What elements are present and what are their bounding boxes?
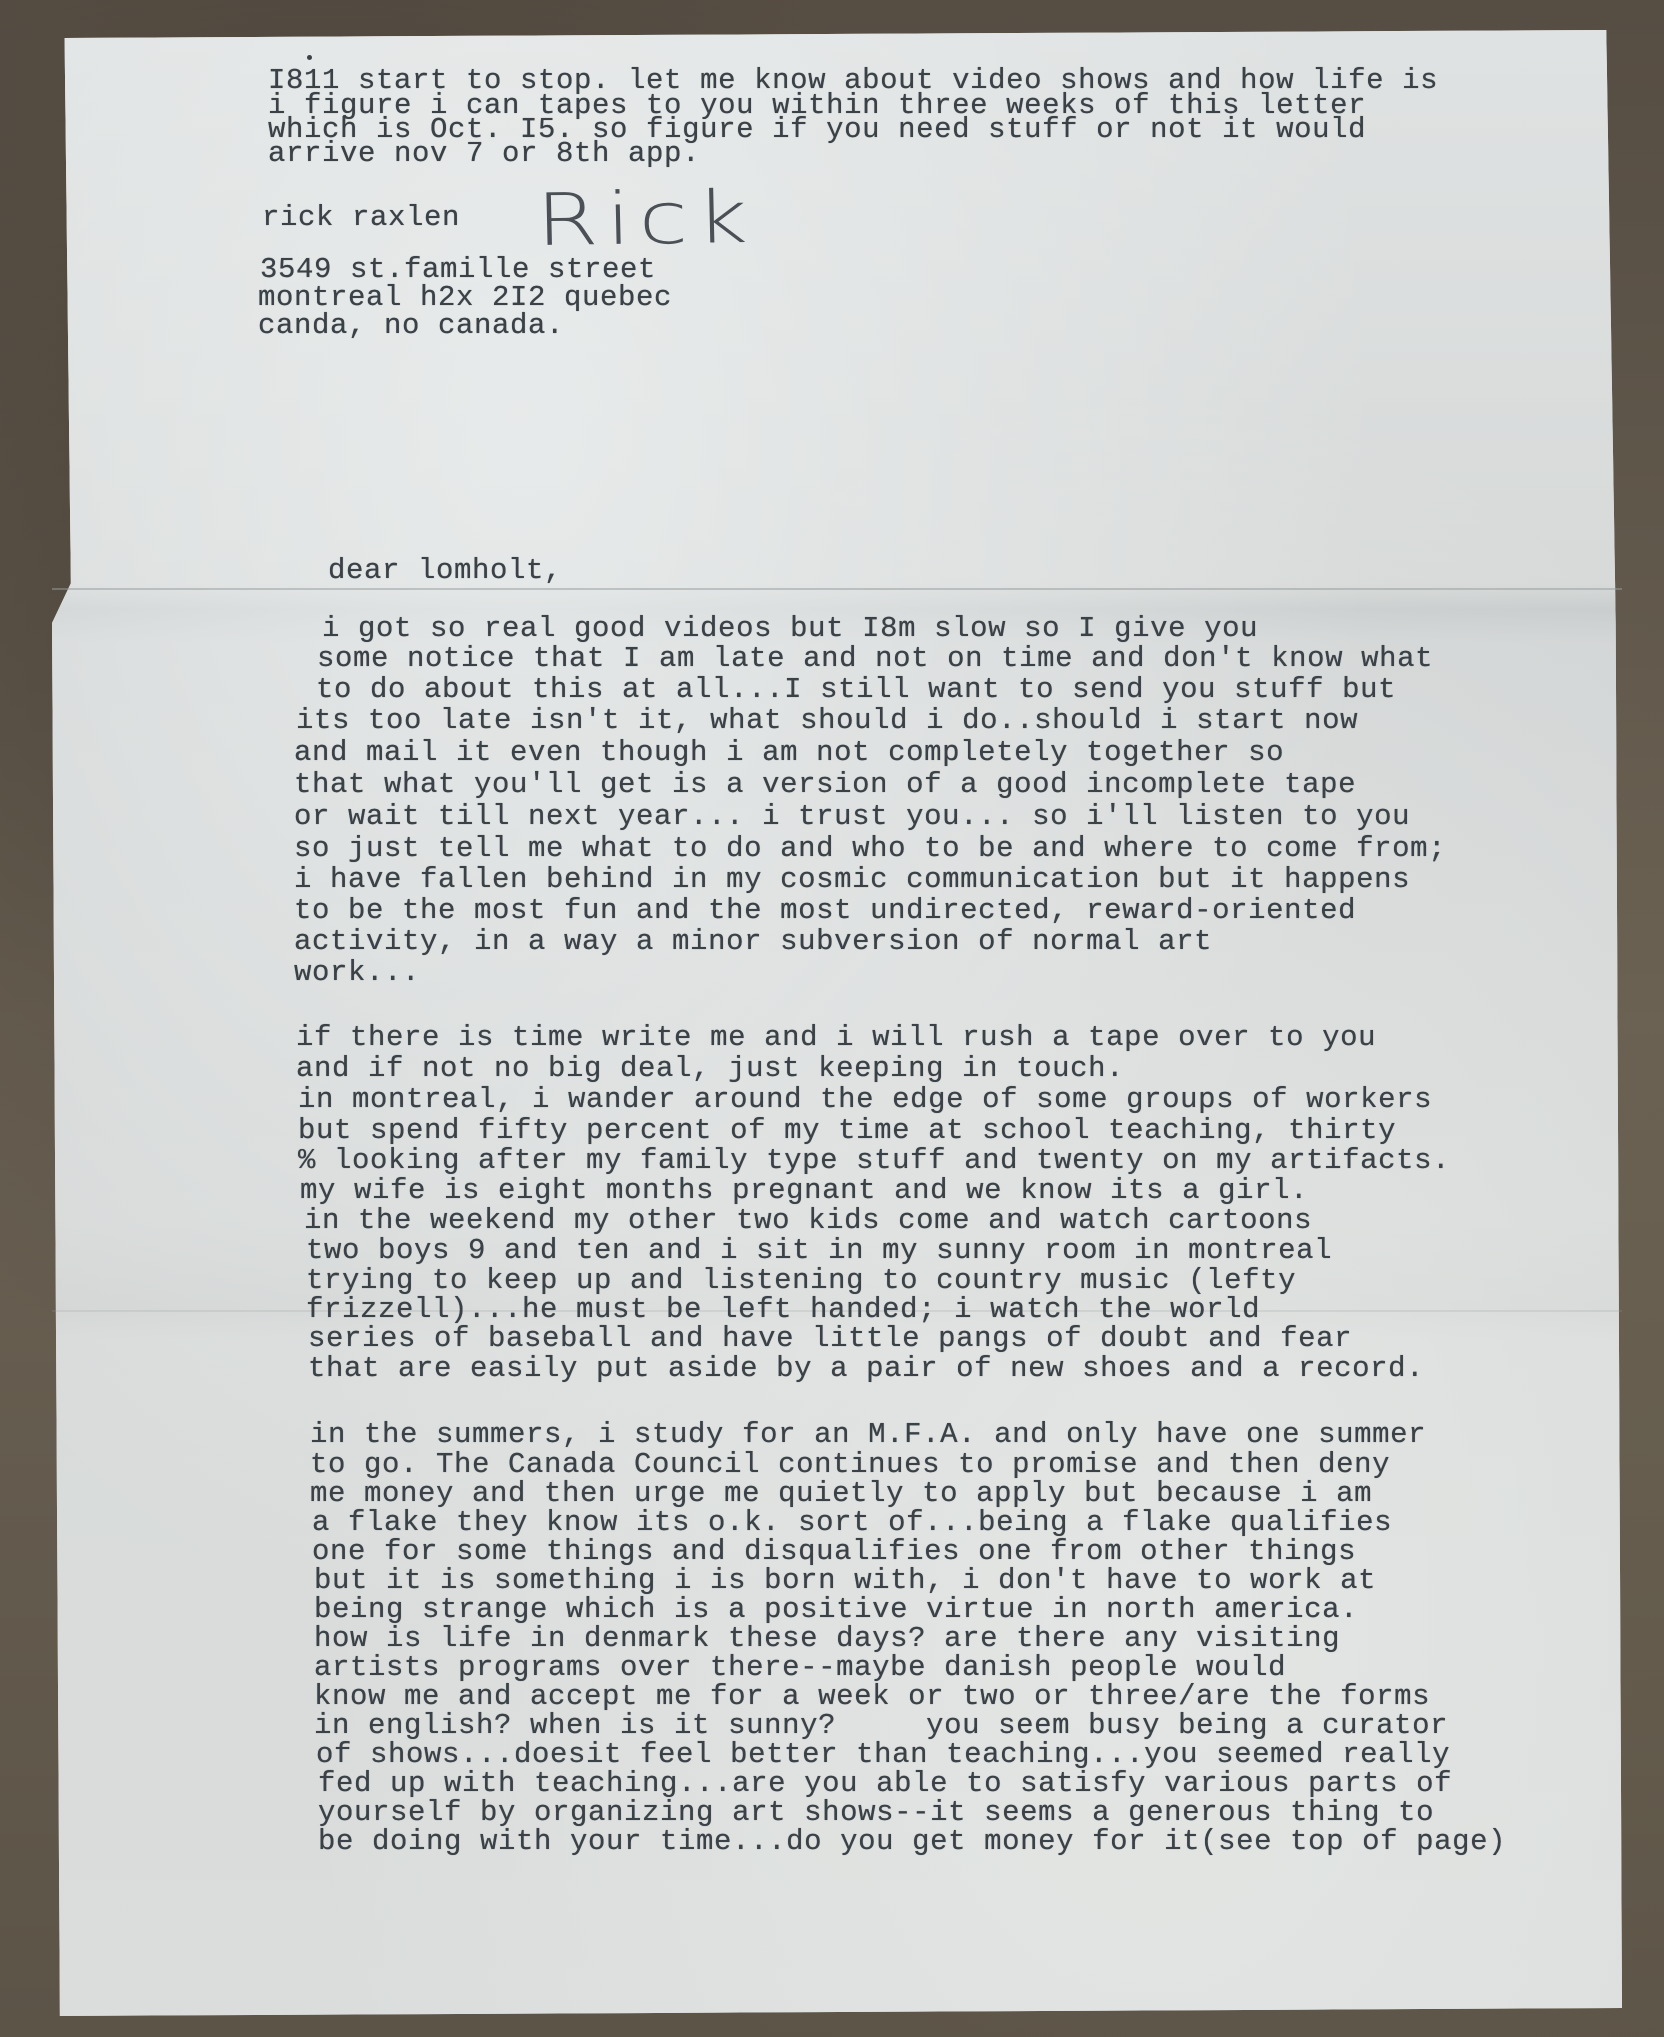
paragraph-1-line: activity, in a way a minor subversion of… — [294, 927, 1212, 957]
paragraph-2-line: frizzell)...he must be left handed; i wa… — [306, 1295, 1260, 1325]
paragraph-1-line: that what you'll get is a version of a g… — [294, 770, 1356, 800]
paragraph-2-line: and if not no big deal, just keeping in … — [296, 1054, 1124, 1084]
address-line: canda, no canada. — [258, 311, 564, 341]
postscript-line: arrive nov 7 or 8th app. — [268, 139, 700, 169]
paragraph-3-line: artists programs over there--maybe danis… — [314, 1653, 1286, 1683]
paragraph-3-line: one for some things and disqualifies one… — [312, 1537, 1356, 1567]
paragraph-1-line: or wait till next year... i trust you...… — [294, 802, 1410, 832]
paragraph-2-line: in the weekend my other two kids come an… — [304, 1206, 1312, 1236]
paragraph-2-line: % looking after my family type stuff and… — [298, 1146, 1450, 1176]
paragraph-1-line: and mail it even though i am not complet… — [294, 738, 1284, 768]
paragraph-1-line: work... — [294, 958, 420, 988]
paragraph-1-line: its too late isn't it, what should i do.… — [296, 706, 1358, 736]
paragraph-3-line: but it is something i is born with, i do… — [314, 1566, 1376, 1596]
fold-crease — [52, 588, 1622, 590]
paragraph-2-line: if there is time write me and i will rus… — [296, 1023, 1376, 1053]
paragraph-2-line: trying to keep up and listening to count… — [306, 1266, 1296, 1296]
paragraph-3-line: how is life in denmark these days? are t… — [314, 1624, 1340, 1654]
paragraph-3-line: in english? when is it sunny? you seem b… — [314, 1711, 1448, 1741]
paragraph-3-line: being strange which is a positive virtue… — [314, 1595, 1358, 1625]
paragraph-3-line: of shows...doesit feel better than teach… — [316, 1740, 1450, 1770]
paragraph-1-line: i have fallen behind in my cosmic commun… — [294, 865, 1410, 895]
ink-dot — [307, 55, 312, 60]
paragraph-2-line: but spend fifty percent of my time at sc… — [298, 1116, 1396, 1146]
paragraph-3-line: be doing with your time...do you get mon… — [318, 1827, 1506, 1857]
paragraph-2-line: my wife is eight months pregnant and we … — [300, 1176, 1308, 1206]
paragraph-3-line: yourself by organizing art shows--it see… — [318, 1798, 1434, 1828]
paragraph-3-line: fed up with teaching...are you able to s… — [318, 1769, 1452, 1799]
paragraph-1-line: to do about this at all...I still want t… — [316, 675, 1396, 705]
sender-name: rick raxlen — [262, 203, 460, 233]
paragraph-1-line: to be the most fun and the most undirect… — [294, 896, 1356, 926]
paragraph-3-line: me money and then urge me quietly to app… — [310, 1479, 1372, 1509]
salutation: dear lomholt, — [328, 556, 562, 586]
paragraph-3-line: to go. The Canada Council continues to p… — [310, 1450, 1390, 1480]
paragraph-1-line: so just tell me what to do and who to be… — [294, 834, 1446, 864]
paragraph-2-line: two boys 9 and ten and i sit in my sunny… — [306, 1236, 1332, 1266]
paragraph-1-line: i got so real good videos but I8m slow s… — [322, 614, 1258, 644]
paragraph-1-line: some notice that I am late and not on ti… — [317, 644, 1433, 674]
paragraph-2-line: series of baseball and have little pangs… — [308, 1324, 1352, 1354]
paragraph-2-line: in montreal, i wander around the edge of… — [298, 1085, 1432, 1115]
paragraph-3-line: a flake they know its o.k. sort of...bei… — [312, 1508, 1392, 1538]
handwritten-signature: Rick — [535, 175, 756, 262]
paragraph-2-line: that are easily put aside by a pair of n… — [308, 1354, 1424, 1384]
paragraph-3-line: in the summers, i study for an M.F.A. an… — [310, 1420, 1426, 1450]
paragraph-3-line: know me and accept me for a week or two … — [314, 1682, 1430, 1712]
